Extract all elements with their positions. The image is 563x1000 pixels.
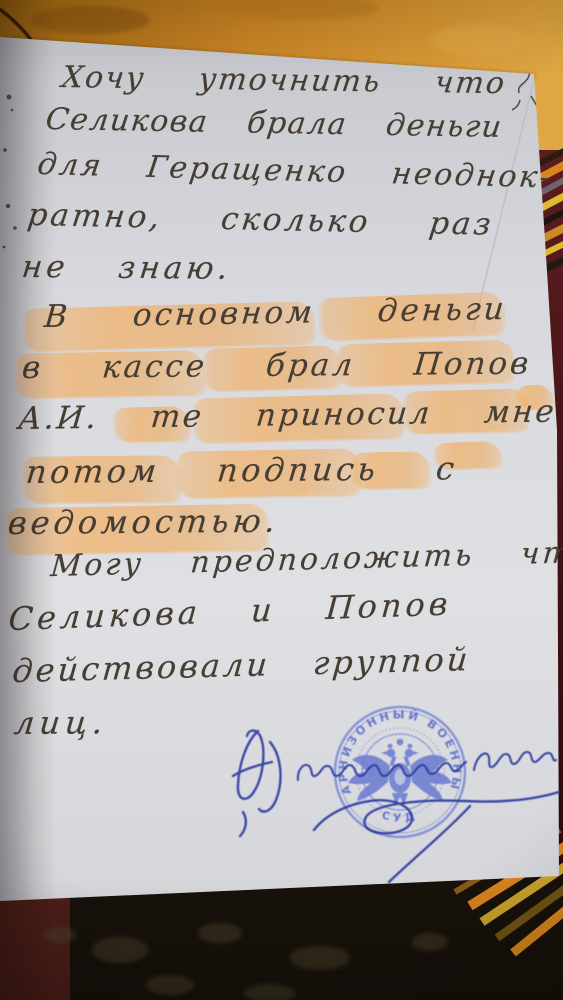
photo-of-handwritten-statement: { "colors": { "fabric_orange": "#c98325"…	[0, 0, 563, 1000]
handwriting-line: для Геращенко неоднок-	[35, 147, 554, 195]
handwriting-line: лиц.	[12, 703, 109, 742]
handwriting-line: не знаю.	[20, 249, 234, 287]
handwriting-line: Хочу уточнить что	[60, 60, 508, 101]
handwriting-line: ведомостью.	[6, 502, 281, 542]
handwriting-line: ратно, сколько раз	[25, 197, 495, 243]
handwriting-line: в кассе брал Попов	[21, 346, 533, 386]
handwriting-line: действовали группой	[11, 640, 472, 690]
handwriting-line: потом подпись с	[24, 449, 459, 491]
handwriting-line: А.И. те приносил мне	[17, 393, 558, 437]
handwriting-line: Селикова и Попов	[7, 585, 453, 639]
handwriting-line: Селикова брала деньги	[44, 102, 505, 145]
